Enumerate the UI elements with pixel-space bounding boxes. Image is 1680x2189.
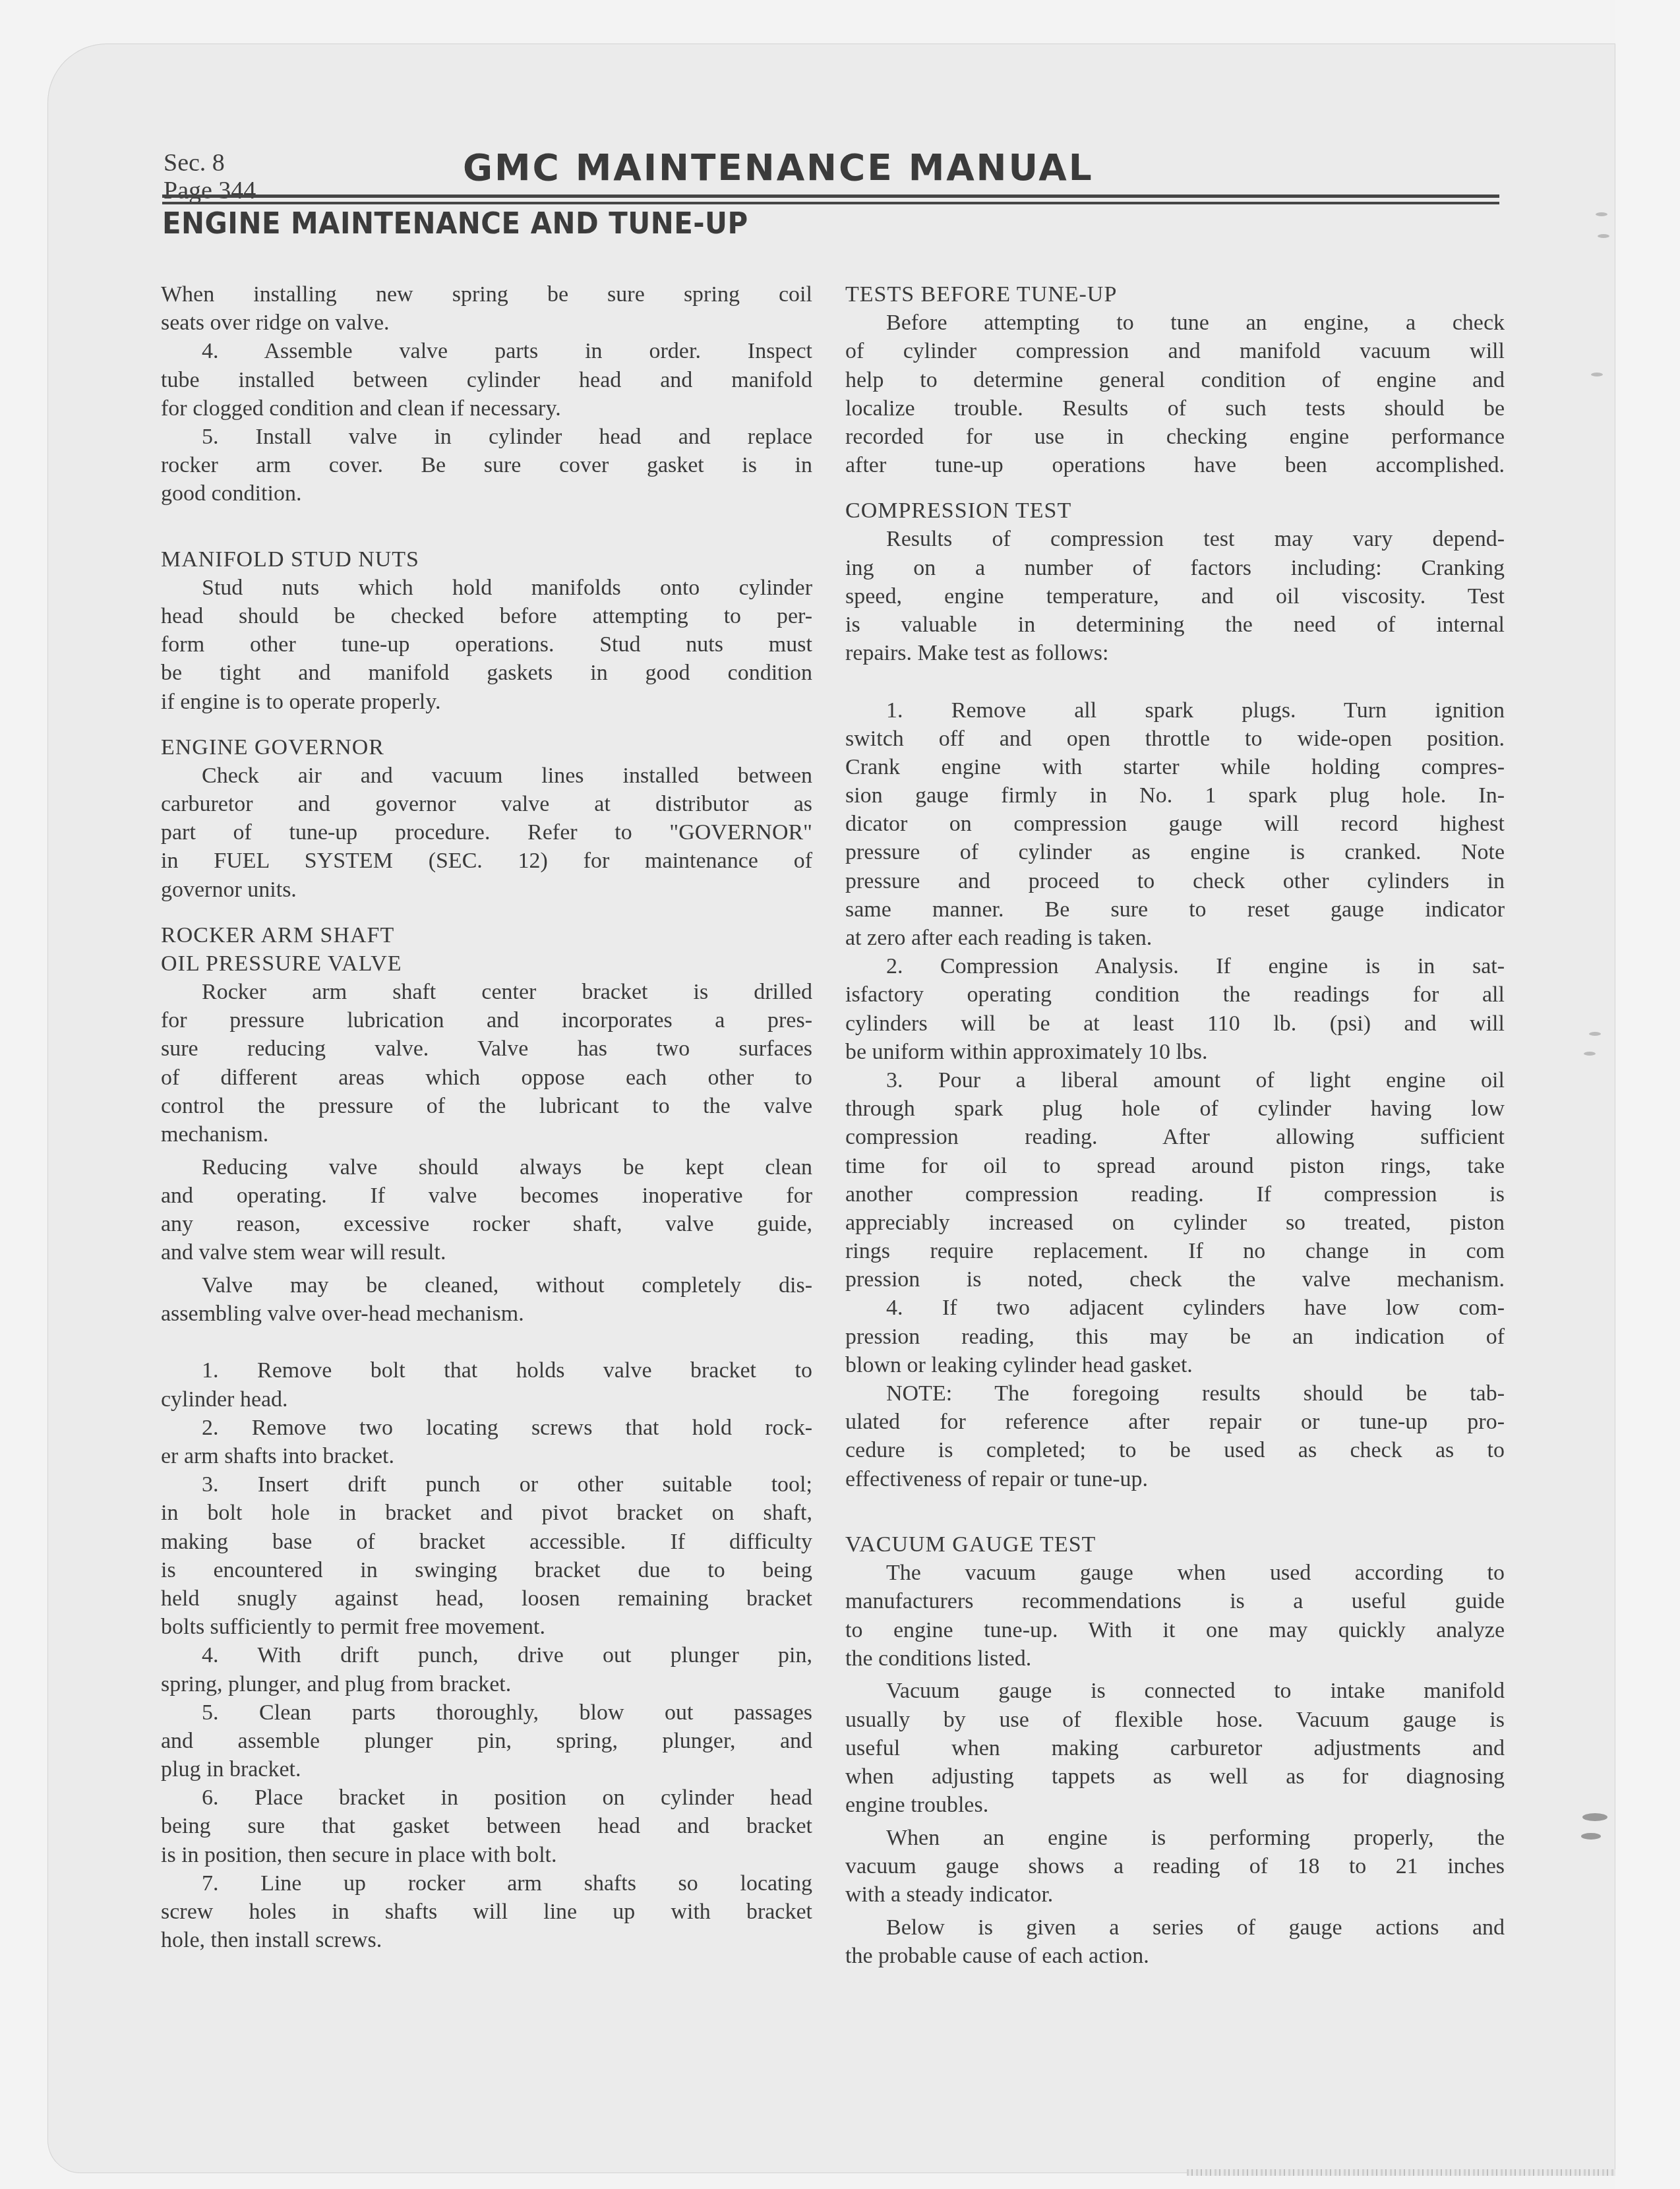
- paragraph: Reducing valve should always be kept cle…: [161, 1153, 812, 1267]
- text-line: useful when making carburetor adjustment…: [845, 1734, 1505, 1762]
- text-line: cylinders will be at least 110 lb. (psi)…: [845, 1009, 1505, 1038]
- paragraph: When installing new spring be sure sprin…: [161, 280, 812, 337]
- text-line: recorded for use in checking engine perf…: [845, 423, 1505, 451]
- text-line: to engine tune-up. With it one may quick…: [845, 1616, 1505, 1644]
- text-line: sion gauge firmly in No. 1 spark plug ho…: [845, 781, 1505, 810]
- text-line: dicator on compression gauge will record…: [845, 810, 1505, 838]
- scan-speck: [1591, 373, 1603, 376]
- text-line: effectiveness of repair or tune-up.: [845, 1465, 1505, 1493]
- right-column: TESTS BEFORE TUNE-UPBefore attempting to…: [845, 280, 1505, 1970]
- text-line: of cylinder compression and manifold vac…: [845, 337, 1505, 365]
- text-line: ing on a number of factors including: Cr…: [845, 554, 1505, 582]
- text-line: 4. If two adjacent cylinders have low co…: [845, 1294, 1505, 1322]
- paragraph: Before attempting to tune an engine, a c…: [845, 309, 1505, 479]
- text-line: The vacuum gauge when used according to: [845, 1559, 1505, 1587]
- text-line: repairs. Make test as follows:: [845, 639, 1505, 667]
- text-line: control the pressure of the lubricant to…: [161, 1092, 812, 1120]
- paragraph: The vacuum gauge when used according tom…: [845, 1559, 1505, 1673]
- text-line: making base of bracket accessible. If di…: [161, 1528, 812, 1556]
- text-line: same manner. Be sure to reset gauge indi…: [845, 895, 1505, 924]
- text-line: Before attempting to tune an engine, a c…: [845, 309, 1505, 337]
- text-line: for clogged condition and clean if neces…: [161, 394, 812, 423]
- text-line: manufacturers recommendations is a usefu…: [845, 1587, 1505, 1615]
- text-line: Crank engine with starter while holding …: [845, 753, 1505, 781]
- text-line: isfactory operating condition the readin…: [845, 980, 1505, 1009]
- text-line: plug in bracket.: [161, 1755, 812, 1784]
- paragraph-gap: [161, 1328, 812, 1356]
- text-line: 3. Insert drift punch or other suitable …: [161, 1470, 812, 1499]
- text-line: engine troubles.: [845, 1791, 1505, 1819]
- text-line: usually by use of flexible hose. Vacuum …: [845, 1706, 1505, 1734]
- text-line: is encountered in swinging bracket due t…: [161, 1556, 812, 1584]
- paragraph: 7. Line up rocker arm shafts so locating…: [161, 1869, 812, 1955]
- text-line: any reason, excessive rocker shaft, valv…: [161, 1210, 812, 1238]
- text-line: NOTE: The foregoing results should be ta…: [845, 1379, 1505, 1408]
- text-line: mechanism.: [161, 1120, 812, 1149]
- text-line: pression is noted, check the valve mecha…: [845, 1265, 1505, 1294]
- text-line: cedure is completed; to be used as check…: [845, 1436, 1505, 1464]
- text-line: Valve may be cleaned, without completely…: [161, 1271, 812, 1300]
- paragraph: 1. Remove bolt that holds valve bracket …: [161, 1356, 812, 1413]
- paragraph: NOTE: The foregoing results should be ta…: [845, 1379, 1505, 1493]
- text-line: tube installed between cylinder head and…: [161, 366, 812, 394]
- paragraph: Results of compression test may vary dep…: [845, 525, 1505, 667]
- left-column: When installing new spring be sure sprin…: [161, 280, 812, 1954]
- text-line: screw holes in shafts will line up with …: [161, 1898, 812, 1926]
- text-line: if engine is to operate properly.: [161, 688, 812, 716]
- text-line: Below is given a series of gauge actions…: [845, 1913, 1505, 1942]
- section-heading: MANIFOLD STUD NUTS: [161, 545, 812, 574]
- text-line: speed, engine temperature, and oil visco…: [845, 582, 1505, 611]
- text-line: Stud nuts which hold manifolds onto cyli…: [161, 574, 812, 602]
- text-line: for pressure lubrication and incorporate…: [161, 1006, 812, 1035]
- text-line: and operating. If valve becomes inoperat…: [161, 1182, 812, 1210]
- paragraph-gap: [845, 667, 1505, 696]
- text-line: the probable cause of each action.: [845, 1942, 1505, 1970]
- text-line: pressure of cylinder as engine is cranke…: [845, 838, 1505, 866]
- text-line: 1. Remove bolt that holds valve bracket …: [161, 1356, 812, 1385]
- section-heading: ENGINE GOVERNOR: [161, 733, 812, 762]
- text-line: Vacuum gauge is connected to intake mani…: [845, 1677, 1505, 1705]
- text-line: 5. Install valve in cylinder head and re…: [161, 423, 812, 451]
- text-line: form other tune-up operations. Stud nuts…: [161, 630, 812, 659]
- text-line: of different areas which oppose each oth…: [161, 1064, 812, 1092]
- text-line: 4. Assemble valve parts in order. Inspec…: [161, 337, 812, 365]
- section-heading: ROCKER ARM SHAFT: [161, 921, 812, 949]
- text-line: 5. Clean parts thoroughly, blow out pass…: [161, 1698, 812, 1727]
- paragraph: 2. Compression Analysis. If engine is in…: [845, 952, 1505, 1066]
- header-rule-bottom: [162, 202, 1499, 204]
- text-line: sure reducing valve. Valve has two surfa…: [161, 1035, 812, 1063]
- section-heading: COMPRESSION TEST: [845, 496, 1505, 525]
- scan-artifact: [1187, 2169, 1615, 2176]
- paragraph: 6. Place bracket in position on cylinder…: [161, 1784, 812, 1869]
- text-line: time for oil to spread around piston rin…: [845, 1152, 1505, 1180]
- header-rule-top: [162, 195, 1499, 198]
- text-line: pressure and proceed to check other cyli…: [845, 867, 1505, 895]
- text-line: through spark plug hole of cylinder havi…: [845, 1094, 1505, 1123]
- text-line: er arm shafts into bracket.: [161, 1442, 812, 1470]
- text-line: rocker arm cover. Be sure cover gasket i…: [161, 451, 812, 479]
- text-line: rings require replacement. If no change …: [845, 1237, 1505, 1265]
- text-line: Results of compression test may vary dep…: [845, 525, 1505, 553]
- text-line: be tight and manifold gaskets in good co…: [161, 659, 812, 687]
- text-line: pression reading, this may be an indicat…: [845, 1323, 1505, 1351]
- text-line: assembling valve over-head mechanism.: [161, 1300, 812, 1328]
- text-line: 2. Remove two locating screws that hold …: [161, 1414, 812, 1442]
- text-line: held snugly against head, loosen remaini…: [161, 1584, 812, 1613]
- paragraph: 5. Clean parts thoroughly, blow out pass…: [161, 1698, 812, 1784]
- text-line: When an engine is performing properly, t…: [845, 1824, 1505, 1852]
- paragraph: Vacuum gauge is connected to intake mani…: [845, 1677, 1505, 1819]
- text-line: in FUEL SYSTEM (SEC. 12) for maintenance…: [161, 847, 812, 875]
- text-line: be uniform within approximately 10 lbs.: [845, 1038, 1505, 1066]
- text-line: appreciably increased on cylinder so tre…: [845, 1209, 1505, 1237]
- paragraph: 4. Assemble valve parts in order. Inspec…: [161, 337, 812, 423]
- text-line: vacuum gauge shows a reading of 18 to 21…: [845, 1852, 1505, 1880]
- paragraph-gap: [161, 904, 812, 921]
- text-line: is in position, then secure in place wit…: [161, 1841, 812, 1869]
- manual-title: GMC MAINTENANCE MANUAL: [463, 146, 1094, 189]
- text-line: help to determine general condition of e…: [845, 366, 1505, 394]
- text-line: carburetor and governor valve at distrib…: [161, 790, 812, 818]
- text-line: cylinder head.: [161, 1385, 812, 1414]
- text-line: with a steady indicator.: [845, 1880, 1505, 1909]
- text-line: switch off and open throttle to wide-ope…: [845, 725, 1505, 753]
- scan-speck: [1582, 1813, 1607, 1821]
- text-line: in bolt hole in bracket and pivot bracke…: [161, 1499, 812, 1527]
- text-line: Rocker arm shaft center bracket is drill…: [161, 978, 812, 1006]
- paragraph: 3. Pour a liberal amount of light engine…: [845, 1066, 1505, 1294]
- paragraph-gap: [161, 716, 812, 733]
- paragraph: Below is given a series of gauge actions…: [845, 1913, 1505, 1970]
- paragraph: 3. Insert drift punch or other suitable …: [161, 1470, 812, 1641]
- scan-margin: [1615, 0, 1680, 2189]
- section-number: Sec. 8: [164, 149, 225, 177]
- text-line: 3. Pour a liberal amount of light engine…: [845, 1066, 1505, 1094]
- scan-speck: [1584, 1052, 1596, 1056]
- paragraph-gap: [845, 1493, 1505, 1530]
- paragraph: 4. If two adjacent cylinders have low co…: [845, 1294, 1505, 1379]
- text-line: being sure that gasket between head and …: [161, 1812, 812, 1840]
- text-line: 1. Remove all spark plugs. Turn ignition: [845, 696, 1505, 725]
- text-line: blown or leaking cylinder head gasket.: [845, 1351, 1505, 1379]
- text-line: and assemble plunger pin, spring, plunge…: [161, 1727, 812, 1755]
- text-line: hole, then install screws.: [161, 1926, 812, 1954]
- section-heading: VACUUM GAUGE TEST: [845, 1530, 1505, 1559]
- paragraph: 5. Install valve in cylinder head and re…: [161, 423, 812, 508]
- text-line: ulated for reference after repair or tun…: [845, 1408, 1505, 1436]
- text-line: localize trouble. Results of such tests …: [845, 394, 1505, 423]
- text-line: is valuable in determining the need of i…: [845, 611, 1505, 639]
- text-line: 6. Place bracket in position on cylinder…: [161, 1784, 812, 1812]
- page-number: Page 344: [164, 177, 256, 204]
- paragraph: Rocker arm shaft center bracket is drill…: [161, 978, 812, 1149]
- text-line: compression reading. After allowing suff…: [845, 1123, 1505, 1151]
- text-line: 4. With drift punch, drive out plunger p…: [161, 1641, 812, 1669]
- section-heading: TESTS BEFORE TUNE-UP: [845, 280, 1505, 309]
- text-line: Reducing valve should always be kept cle…: [161, 1153, 812, 1182]
- paragraph: When an engine is performing properly, t…: [845, 1824, 1505, 1909]
- text-line: and valve stem wear will result.: [161, 1238, 812, 1267]
- text-line: seats over ridge on valve.: [161, 309, 812, 337]
- text-line: spring, plunger, and plug from bracket.: [161, 1670, 812, 1698]
- text-line: governor units.: [161, 876, 812, 904]
- scan-speck: [1598, 234, 1609, 238]
- paragraph: 4. With drift punch, drive out plunger p…: [161, 1641, 812, 1698]
- text-line: Check air and vacuum lines installed bet…: [161, 762, 812, 790]
- paragraph: Stud nuts which hold manifolds onto cyli…: [161, 574, 812, 716]
- text-line: when adjusting tappets as well as for di…: [845, 1762, 1505, 1791]
- paragraph: Valve may be cleaned, without completely…: [161, 1271, 812, 1328]
- paragraph: 1. Remove all spark plugs. Turn ignition…: [845, 696, 1505, 953]
- text-line: part of tune-up procedure. Refer to "GOV…: [161, 818, 812, 847]
- text-line: good condition.: [161, 479, 812, 508]
- paragraph: Check air and vacuum lines installed bet…: [161, 762, 812, 904]
- scan-speck: [1596, 212, 1607, 216]
- text-line: 7. Line up rocker arm shafts so locating: [161, 1869, 812, 1898]
- text-line: head should be checked before attempting…: [161, 602, 812, 630]
- text-line: after tune-up operations have been accom…: [845, 451, 1505, 479]
- text-line: When installing new spring be sure sprin…: [161, 280, 812, 309]
- text-line: bolts sufficiently to permit free moveme…: [161, 1613, 812, 1641]
- scan-speck: [1589, 1032, 1601, 1036]
- paragraph-gap: [845, 479, 1505, 496]
- paragraph-gap: [161, 508, 812, 545]
- text-line: the conditions listed.: [845, 1644, 1505, 1673]
- scan-speck: [1581, 1833, 1601, 1840]
- text-line: at zero after each reading is taken.: [845, 924, 1505, 952]
- section-heading: OIL PRESSURE VALVE: [161, 949, 812, 978]
- paragraph: 2. Remove two locating screws that hold …: [161, 1414, 812, 1470]
- text-line: another compression reading. If compress…: [845, 1180, 1505, 1209]
- text-line: 2. Compression Analysis. If engine is in…: [845, 952, 1505, 980]
- section-title: ENGINE MAINTENANCE AND TUNE-UP: [162, 206, 748, 241]
